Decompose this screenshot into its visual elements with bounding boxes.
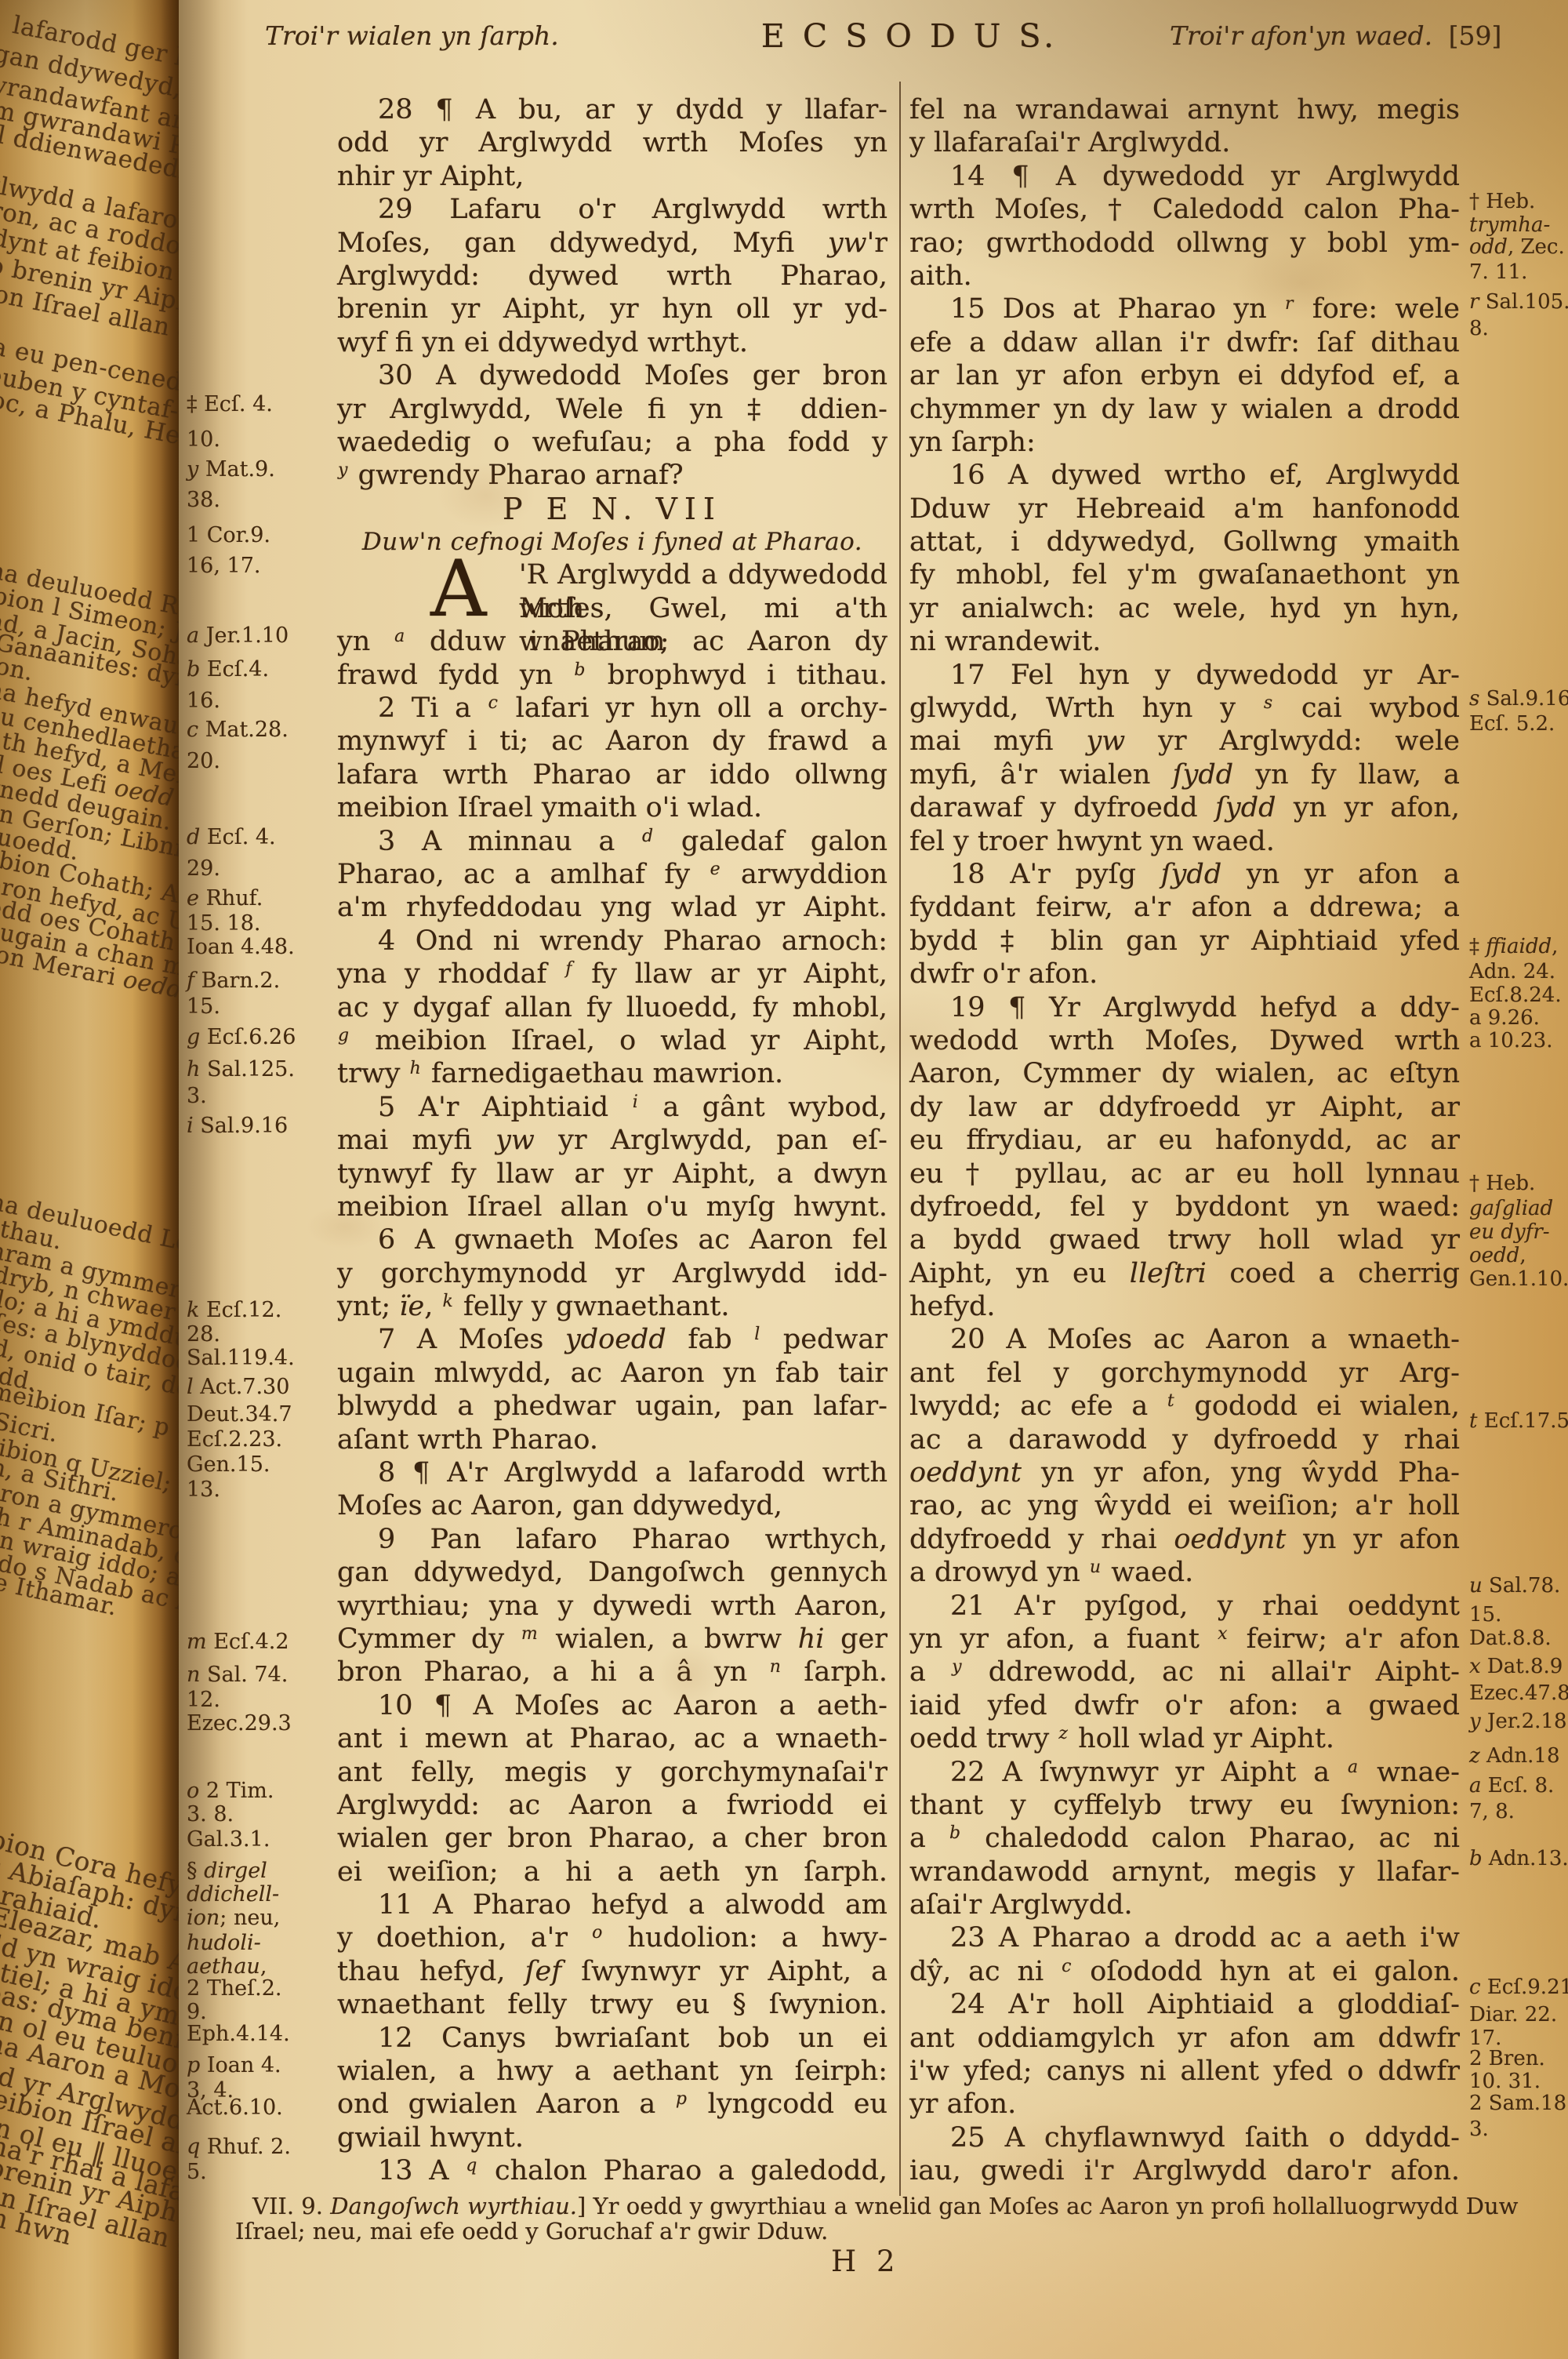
- text-line: glwydd, Wrth hyn y s cai wybod: [909, 692, 1460, 725]
- text-line: y llafaraſai'r Arglwydd.: [909, 126, 1460, 159]
- text-line: meibion Iſrael allan o'u myſg hwynt.: [337, 1190, 887, 1223]
- text-line: iaid yfed dwfr o'r afon: a gwaed: [909, 1689, 1460, 1722]
- text-line: gwiail hwynt.: [337, 2121, 887, 2154]
- margin-note: 12.: [187, 1688, 220, 1712]
- text-line: Moſes, gan ddywedyd, Myfi yw'r: [337, 227, 887, 260]
- text-line: Aaron, Cymmer dy wialen, ac eſtyn: [909, 1057, 1460, 1090]
- text-line: 18 A'r pyſg ſydd yn yr afon a: [909, 858, 1460, 891]
- margin-note: 3. 8.: [187, 1802, 234, 1826]
- margin-note: Ecſ.8.24.: [1469, 983, 1562, 1007]
- text-line: yna y rhoddaf f fy llaw ar yr Aipht,: [337, 958, 887, 990]
- text-line: yr Arglwydd, Wele fi yn ‡ ddien-: [337, 393, 887, 426]
- margin-note: Ioan 4.48.: [187, 935, 295, 959]
- text-line: 29 Lafaru o'r Arglwydd wrth: [337, 193, 887, 226]
- text-line: fel y troer hwynt yn waed.: [909, 825, 1460, 858]
- text-line: darawaf y dyfroedd ſydd yn yr afon,: [909, 791, 1460, 824]
- text-line: 10 ¶ A Moſes ac Aaron a aeth-: [337, 1689, 887, 1722]
- book-title: E C S O D U S.: [749, 17, 1070, 55]
- margin-note: 3.: [187, 1084, 207, 1108]
- text-line: y doethion, a'r o hudolion: a hwy-: [337, 1921, 887, 1954]
- text-line: wedodd wrth Moſes, Dywed wrth: [909, 1024, 1460, 1057]
- margin-note: n Sal. 74.: [187, 1663, 288, 1687]
- margin-note: c Mat.28.: [187, 718, 289, 742]
- margin-note: Adn. 24.: [1469, 960, 1555, 983]
- text-line: wnaethant felly trwy eu § ſwynion.: [337, 1988, 887, 2021]
- margin-note: y Jer.2.18: [1469, 1710, 1567, 1733]
- page-number: [59]: [1449, 20, 1502, 51]
- text-line: ei weiſion; a hi a aeth yn ſarph.: [337, 1856, 887, 1888]
- text-line: ni wrandewit.: [909, 625, 1460, 658]
- text-line: ant i mewn at Pharao, ac a wnaeth-: [337, 1722, 887, 1755]
- margin-note: 3.: [1469, 2117, 1489, 2141]
- text-line: fyddant feirw, a'r afon a ddrewa; a: [909, 891, 1460, 924]
- text-line: ant felly, megis y gorchymynaſai'r: [337, 1756, 887, 1789]
- text-line: meibion Iſrael ymaith o'i wlad.: [337, 791, 887, 824]
- footnote-line-2: Iſrael; neu, mai efe oedd y Goruchaf a'r…: [235, 2218, 828, 2245]
- text-line: Arglwydd: dywed wrth Pharao,: [337, 260, 887, 293]
- margin-note: a Jer.1.10: [187, 623, 289, 648]
- text-line: odd yr Arglwydd wrth Moſes yn: [337, 126, 887, 159]
- text-line: fy mhobl, fel y'm gwaſanaethont yn: [909, 558, 1460, 591]
- margin-note: Act.6.10.: [187, 2095, 283, 2120]
- margin-note: 38.: [187, 488, 220, 512]
- margin-note: z Adn.18: [1469, 1744, 1559, 1768]
- text-line: thant y cyffelyb trwy eu ſwynion:: [909, 1789, 1460, 1822]
- margin-note: ddichell-: [187, 1882, 279, 1906]
- margin-note: ion; neu,: [187, 1906, 280, 1930]
- margin-note: Eph.4.14.: [187, 2022, 290, 2046]
- text-line: hefyd.: [909, 1290, 1460, 1323]
- text-line: dyfroedd, fel y byddont yn waed:: [909, 1190, 1460, 1223]
- text-line: wialen ger bron Pharao, a cher bron: [337, 1822, 887, 1855]
- text-line: 2 Ti a c lafari yr hyn oll a orchy-: [337, 692, 887, 725]
- text-line: 30 A dywedodd Moſes ger bron: [337, 359, 887, 392]
- margin-note: Gen.1.10.: [1469, 1267, 1568, 1291]
- margin-note: 15.: [187, 994, 220, 1019]
- text-line: bron Pharao, a hi a â yn n ſarph.: [337, 1656, 887, 1688]
- text-line: dŷ, ac ni c oſododd hyn at ei galon.: [909, 1955, 1460, 1988]
- column-divider-rule: [899, 82, 901, 2196]
- text-line: chymmer yn dy law y wialen a drodd: [909, 393, 1460, 426]
- facing-page-edge: lafarodd ger brogan ddywedyd, Wewrandawf…: [0, 0, 179, 2359]
- margin-note: t Ecſ.17.5: [1469, 1409, 1568, 1433]
- margin-note: h Sal.125.: [187, 1057, 295, 1081]
- margin-note: 3, 4.: [187, 2078, 234, 2103]
- margin-note: † Heb.: [1469, 190, 1535, 213]
- margin-note: aethau,: [187, 1954, 267, 1979]
- text-line: ond gwialen Aaron a p lyngcodd eu: [337, 2088, 887, 2121]
- text-line: a b chaledodd calon Pharao, ac ni: [909, 1822, 1460, 1855]
- text-line: 3 A minnau a d galedaf galon: [337, 825, 887, 858]
- margin-note: hudoli-: [187, 1931, 261, 1955]
- text-line: ant fel y gorchymynodd yr Arg-: [909, 1357, 1460, 1390]
- margin-note: 5.: [187, 2160, 207, 2184]
- margin-note: 17.: [1469, 2026, 1501, 2050]
- text-line: P E N. VII: [337, 493, 887, 525]
- margin-note: 10.: [187, 427, 220, 452]
- margin-note: 16, 17.: [187, 554, 260, 578]
- text-line: 19 ¶ Yr Arglwydd hefyd a ddy-: [909, 991, 1460, 1024]
- margin-note: Ecſ. 5.2.: [1469, 712, 1555, 736]
- text-line: iau, gwedi i'r Arglwydd daro'r afon.: [909, 2154, 1460, 2187]
- text-line: 9 Pan lafaro Pharao wrthych,: [337, 1523, 887, 1556]
- text-line: attat, i ddywedyd, Gollwng ymaith: [909, 525, 1460, 558]
- text-line: aith.: [909, 260, 1460, 293]
- text-line: yn yr afon, a fuant x feirw; a'r afon: [909, 1623, 1460, 1656]
- text-line: a bydd gwaed trwy holl wlad yr: [909, 1223, 1460, 1256]
- margin-note: ‡ ffiaidd,: [1469, 935, 1558, 958]
- text-line: ac y dygaf allan fy lluoedd, fy mhobl,: [337, 991, 887, 1024]
- margin-note: 9.: [187, 2000, 207, 2024]
- text-line: wialen, a hwy a aethant yn ſeirph:: [337, 2055, 887, 2088]
- running-title-left: Troi'r wialen yn ſarph.: [265, 20, 559, 51]
- text-line: 16 A dywed wrtho ef, Arglwydd: [909, 459, 1460, 492]
- text-line: eu ffrydiau, ar eu hafonydd, ac ar: [909, 1124, 1460, 1157]
- text-line: a'm rhyfeddodau yng wlad yr Aipht.: [337, 891, 887, 924]
- margin-note: g Ecſ.6.26: [187, 1025, 296, 1049]
- text-line: dwfr o'r afon.: [909, 958, 1460, 990]
- margin-note: Gen.15.: [187, 1452, 270, 1477]
- margin-note: 2 Bren.: [1469, 2047, 1545, 2070]
- margin-note: 7. 11.: [1469, 260, 1527, 284]
- margin-note: u Sal.78.: [1469, 1574, 1560, 1598]
- text-line: lwydd; ac efe a t gododd ei wialen,: [909, 1390, 1460, 1423]
- text-line: 15 Dos at Pharao yn r fore: wele: [909, 293, 1460, 325]
- text-line: 6 A gwnaeth Moſes ac Aaron fel: [337, 1223, 887, 1256]
- text-line: oeddynt yn yr afon, yng ŵydd Pha-: [909, 1456, 1460, 1489]
- text-line: a y ddrewodd, ac ni allai'r Aipht-: [909, 1656, 1460, 1688]
- margin-note: † Heb.: [1469, 1172, 1535, 1195]
- margin-note: Ezec.47.8: [1469, 1681, 1568, 1705]
- margin-note: a Ecſ. 8.: [1469, 1774, 1554, 1797]
- text-line: mai myfi yw yr Arglwydd: wele: [909, 725, 1460, 758]
- text-line: 12 Canys bwriaſant bob un ei: [337, 2022, 887, 2055]
- margin-note: 10. 31.: [1469, 2070, 1541, 2093]
- margin-note: 7, 8.: [1469, 1800, 1515, 1823]
- text-line: 25 A chyflawnwyd ſaith o ddydd-: [909, 2121, 1460, 2154]
- margin-note: 15. 18.: [187, 911, 260, 936]
- text-line: yr anialwch: ac wele, hyd yn hyn,: [909, 592, 1460, 625]
- running-title-right: Troi'r afon'yn waed. [59]: [1170, 20, 1501, 51]
- margin-note: l Act.7.30: [187, 1375, 289, 1399]
- text-line: Duw'n cefnogi Moſes i fyned at Pharao.: [337, 525, 887, 558]
- text-line: Dduw yr Hebreaid a'm hanfonodd: [909, 493, 1460, 525]
- text-line: fel na wrandawai arnynt hwy, megis: [909, 93, 1460, 126]
- margin-note: 15.: [1469, 1603, 1501, 1627]
- text-line: 'R Arglwydd a ddywedodd wrth: [337, 558, 887, 591]
- margin-note: 1 Cor.9.: [187, 523, 270, 547]
- margin-note: ‡ Ecſ. 4.: [187, 392, 273, 416]
- text-line: gan ddywedyd, Dangoſwch gennych: [337, 1556, 887, 1589]
- text-line: wrandawodd arnynt, megis y llafar-: [909, 1856, 1460, 1888]
- margin-note: 8.: [1469, 317, 1489, 340]
- text-line: g meibion Iſrael, o wlad yr Aipht,: [337, 1024, 887, 1057]
- text-line: yn a dduw i Pharao; ac Aaron dy: [337, 625, 887, 658]
- margin-note: a 9.26.: [1469, 1006, 1540, 1030]
- margin-note: Deut.34.7: [187, 1402, 292, 1427]
- text-line: ac a darawodd y dyfroedd y rhai: [909, 1423, 1460, 1456]
- text-line: wyf fi yn ei ddywedyd wrthyt.: [337, 326, 887, 359]
- text-line: 8 ¶ A'r Arglwydd a lafarodd wrth: [337, 1456, 887, 1489]
- text-line: yr afon.: [909, 2088, 1460, 2121]
- text-line: thau hefyd, ſef ſwynwyr yr Aipht, a: [337, 1955, 887, 1988]
- text-line: aſai'r Arglwydd.: [909, 1888, 1460, 1921]
- text-line: rao; gwrthododd ollwng y bobl ym-: [909, 227, 1460, 260]
- margin-note: f Barn.2.: [187, 969, 280, 993]
- text-line: wrth Moſes, † Caledodd calon Pha-: [909, 193, 1460, 226]
- text-line: myfi, â'r wialen ſydd yn fy llaw, a: [909, 758, 1460, 791]
- margin-note: 29.: [187, 856, 220, 881]
- text-line: ugain mlwydd, ac Aaron yn fab tair: [337, 1357, 887, 1390]
- text-line: 28 ¶ A bu, ar y dydd y llafar-: [337, 93, 887, 126]
- margin-note: oedd,: [1469, 1244, 1526, 1267]
- margin-note: Diar. 22.: [1469, 2003, 1557, 2026]
- margin-note: 20.: [187, 749, 220, 773]
- text-line: 23 A Pharao a drodd ac a aeth i'w: [909, 1921, 1460, 1954]
- text-line: dy law ar ddyfroedd yr Aipht, ar: [909, 1091, 1460, 1124]
- text-line: ant oddiamgylch yr afon am ddwfr: [909, 2022, 1460, 2055]
- margin-note: k Ecſ.12.: [187, 1298, 281, 1322]
- text-line: ddyfroedd y rhai oeddynt yn yr afon: [909, 1523, 1460, 1556]
- text-line: waededig o wefuſau; a pha fodd y: [337, 426, 887, 459]
- text-line: eu † pyllau, ac ar eu holl lynnau: [909, 1158, 1460, 1190]
- margin-note: trymha-: [1469, 213, 1550, 237]
- margin-note: s Sal.9.16: [1469, 687, 1568, 711]
- text-line: a drowyd yn u waed.: [909, 1556, 1460, 1589]
- text-line: ar lan yr afon erbyn ei ddyfod ef, a: [909, 359, 1460, 392]
- margin-note: § dirgel: [187, 1859, 267, 1883]
- text-line: trwy h farnedigaethau mawrion.: [337, 1057, 887, 1090]
- text-line: tynwyf fy llaw ar yr Aipht, a dwyn: [337, 1158, 887, 1190]
- text-line: y gorchymynodd yr Arglwydd idd-: [337, 1257, 887, 1290]
- text-line: 13 A q chalon Pharao a galedodd,: [337, 2154, 887, 2187]
- margin-note: c Ecſ.9.21: [1469, 1976, 1568, 1999]
- drop-cap-letter: A: [430, 554, 487, 626]
- text-line: yn ſarph:: [909, 426, 1460, 459]
- margin-note: 16.: [187, 689, 220, 713]
- text-line: 14 ¶ A dywedodd yr Arglwydd: [909, 160, 1460, 193]
- margin-note: x Dat.8.9: [1469, 1655, 1563, 1678]
- margin-note: odd, Zec.: [1469, 235, 1565, 259]
- text-line: 17 Fel hyn y dywedodd yr Ar-: [909, 659, 1460, 692]
- text-line: 20 A Moſes ac Aaron a wnaeth-: [909, 1323, 1460, 1356]
- text-line: brenin yr Aipht, yr hyn oll yr yd-: [337, 293, 887, 325]
- margin-note: a 10.23.: [1469, 1029, 1552, 1052]
- margin-note: 2 Sam.18.: [1469, 2092, 1568, 2115]
- text-line: Arglwydd: ac Aaron a fwriodd ei: [337, 1789, 887, 1822]
- margin-note: Sal.119.4.: [187, 1346, 295, 1370]
- text-line: blwydd a phedwar ugain, pan lafar-: [337, 1390, 887, 1423]
- margin-note: b Ecſ.4.: [187, 657, 269, 682]
- margin-note: 28.: [187, 1322, 220, 1347]
- margin-note: e Rhuf.: [187, 886, 263, 911]
- margin-note: d Ecſ. 4.: [187, 825, 276, 849]
- left-text-column: 28 ¶ A bu, ar y dydd y llafar-odd yr Arg…: [337, 93, 887, 2188]
- text-line: Aipht, yn eu lleſtri coed a cherrig: [909, 1257, 1460, 1290]
- text-line: rao, ac yng ŵydd ei weiſion; a'r holl: [909, 1489, 1460, 1522]
- text-line: 21 A'r pyſgod, y rhai oeddynt: [909, 1590, 1460, 1623]
- text-line: Cymmer dy m wialen, a bwrw hi ger: [337, 1623, 887, 1656]
- text-line: 11 A Pharao hefyd a alwodd am: [337, 1888, 887, 1921]
- margin-note: m Ecſ.4.2: [187, 1630, 289, 1654]
- margin-note: Ezec.29.3: [187, 1711, 292, 1736]
- margin-note: Ecſ.2.23.: [187, 1427, 282, 1452]
- margin-note: i Sal.9.16: [187, 1114, 288, 1138]
- margin-note: Gal.3.1.: [187, 1827, 270, 1852]
- text-line: i'w yfed; canys ni allent yfed o ddwfr: [909, 2055, 1460, 2088]
- scanned-bible-page: lafarodd ger brogan ddywedyd, Wewrandawf…: [0, 0, 1568, 2359]
- text-line: bydd ‡ blin gan yr Aiphtiaid yfed: [909, 925, 1460, 958]
- text-line: oedd trwy z holl wlad yr Aipht.: [909, 1722, 1460, 1755]
- margin-note: Dat.8.8.: [1469, 1627, 1552, 1650]
- text-line: y gwrendy Pharao arnaf?: [337, 459, 887, 492]
- text-line: Pharao, ac a amlhaf fy e arwyddion: [337, 858, 887, 891]
- text-line: mynwyf i ti; ac Aaron dy frawd a: [337, 725, 887, 758]
- text-line: lafara wrth Pharao ar iddo ollwng: [337, 758, 887, 791]
- text-line: frawd fydd yn b brophwyd i tithau.: [337, 659, 887, 692]
- margin-note: r Sal.105.: [1469, 290, 1568, 314]
- text-line: Moſes, Gwel, mi a'th wnaethum: [337, 592, 887, 625]
- text-line: mai myfi yw yr Arglwydd, pan eſ-: [337, 1124, 887, 1157]
- margin-note: gaſgliad: [1469, 1197, 1553, 1220]
- text-line: 4 Ond ni wrendy Pharao arnoch:: [337, 925, 887, 958]
- margin-note: p Ioan 4.: [187, 2053, 281, 2077]
- text-line: wyrthiau; yna y dywedi wrth Aaron,: [337, 1590, 887, 1623]
- footnote-line-1: VII. 9. Dangoſwch wyrthiau.] Yr oedd y g…: [252, 2193, 1518, 2219]
- margin-note: b Adn.13.: [1469, 1847, 1568, 1870]
- text-line: ynt; ïe, k felly y gwnaethant.: [337, 1290, 887, 1323]
- text-line: nhir yr Aipht,: [337, 160, 887, 193]
- text-line: aſant wrth Pharao.: [337, 1423, 887, 1456]
- text-line: Moſes ac Aaron, gan ddywedyd,: [337, 1489, 887, 1522]
- text-line: 5 A'r Aiphtiaid i a gânt wybod,: [337, 1091, 887, 1124]
- margin-note: q Rhuf. 2.: [187, 2135, 291, 2159]
- margin-note: 13.: [187, 1478, 220, 1502]
- margin-note: eu dyfr-: [1469, 1220, 1550, 1244]
- margin-note: 2 Theſ.2.: [187, 1976, 281, 2001]
- printers-signature: H 2: [831, 2245, 901, 2278]
- text-line: 7 A Moſes ydoedd fab l pedwar: [337, 1323, 887, 1356]
- text-line: 22 A ſwynwyr yr Aipht a a wnae-: [909, 1756, 1460, 1789]
- right-text-column: fel na wrandawai arnynt hwy, megisy llaf…: [909, 93, 1460, 2188]
- text-line: 24 A'r holl Aiphtiaid a gloddiaſ-: [909, 1988, 1460, 2021]
- margin-note: y Mat.9.: [187, 457, 275, 482]
- text-line: efe a ddaw allan i'r dwfr: ſaf dithau: [909, 326, 1460, 359]
- running-title-right-text: Troi'r afon'yn waed.: [1170, 20, 1432, 51]
- margin-note: o 2 Tim.: [187, 1779, 274, 1803]
